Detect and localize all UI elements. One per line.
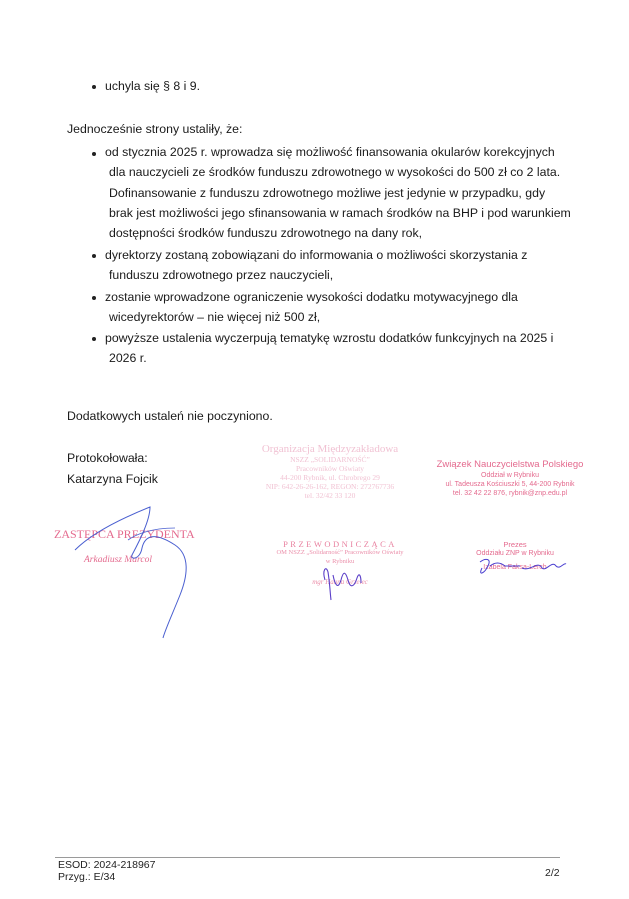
footer-przyg: Przyg.: E/34 bbox=[58, 871, 115, 883]
footer-divider bbox=[55, 857, 560, 858]
signature-icon bbox=[0, 0, 629, 899]
page-number: 2/2 bbox=[545, 867, 560, 879]
footer-esod: ESOD: 2024-218967 bbox=[58, 859, 155, 871]
